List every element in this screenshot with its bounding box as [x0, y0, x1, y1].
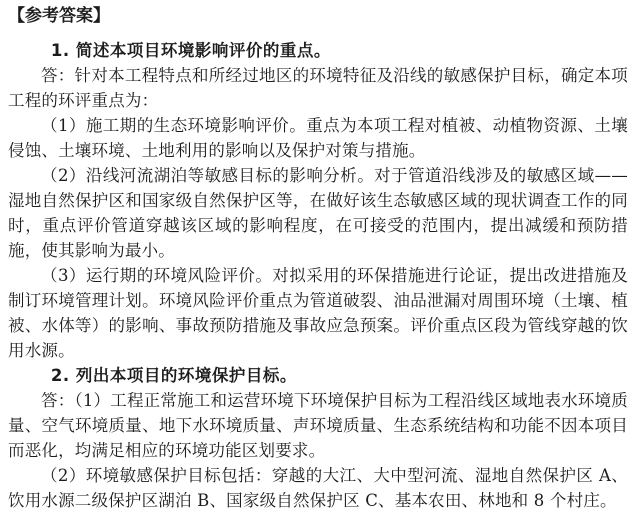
question-section-1: 1. 简述本项目环境影响评价的重点。 答：针对本工程特点和所经过地区的环境特征及…	[8, 38, 628, 363]
question-1-heading: 1. 简述本项目环境影响评价的重点。	[8, 38, 628, 63]
answer-1-item-3-paragraph: （3）运行期的环境风险评价。对拟采用的环保措施进行论证，提出改进措施及制订环境管…	[8, 263, 628, 363]
answer-2-item-1-paragraph: 答：（1）工程正常施工和运营环境下环境保护目标为工程沿线区域地表水环境质量、空气…	[8, 388, 628, 463]
document-title: 【参考答案】	[8, 4, 628, 29]
question-section-2: 2. 列出本项目的环境保护目标。 答：（1）工程正常施工和运营环境下环境保护目标…	[8, 363, 628, 513]
question-2-heading: 2. 列出本项目的环境保护目标。	[8, 363, 628, 388]
answer-1-item-1-paragraph: （1）施工期的生态环境影响评价。重点为本项工程对植被、动植物资源、土壤侵蚀、土壤…	[8, 113, 628, 163]
answer-2-item-2-paragraph: （2）环境敏感保护目标包括：穿越的大江、大中型河流、湿地自然保护区 A、饮用水源…	[8, 463, 628, 513]
answer-1-intro-paragraph: 答：针对本工程特点和所经过地区的环境特征及沿线的敏感保护目标，确定本项工程的环评…	[8, 63, 628, 113]
answer-document-page: 【参考答案】 1. 简述本项目环境影响评价的重点。 答：针对本工程特点和所经过地…	[0, 0, 635, 513]
answer-1-item-2-paragraph: （2）沿线河流湖泊等敏感目标的影响分析。对于管道沿线涉及的敏感区域——湿地自然保…	[8, 163, 628, 263]
